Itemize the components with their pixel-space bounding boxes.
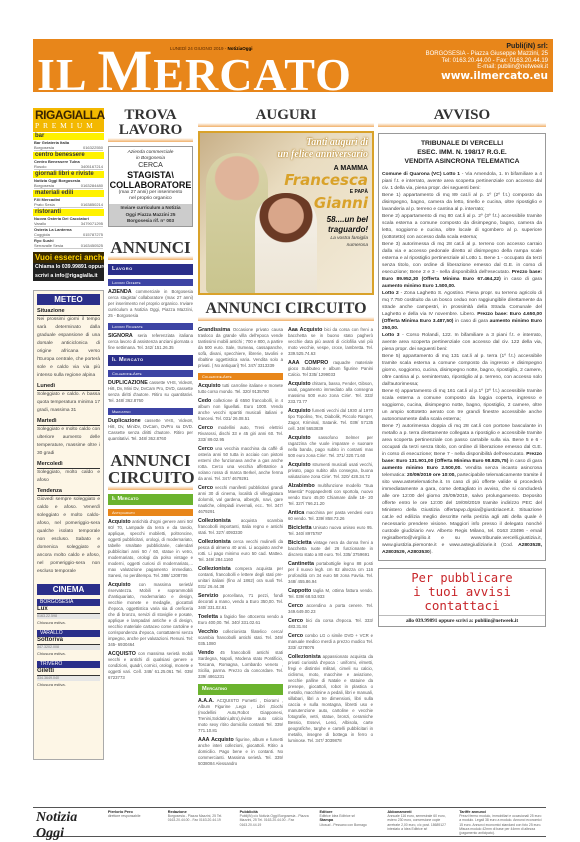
job-ad-box: Azienda commerciale in Borgosesia CERCA …: [108, 146, 193, 227]
section-mercato: Il Mercato: [108, 355, 193, 366]
classified-ad: Collezionista compera acquista per conta…: [198, 566, 283, 590]
divider: [108, 138, 193, 142]
meteo-text: Nei prossimi giorni il tempo sarà determ…: [37, 316, 100, 380]
business-town: Borgosesia: [34, 183, 54, 188]
classified-ad: Cerco una vecchia macchina da caffè di o…: [198, 446, 283, 482]
classified-ad: AAA Acquisto figurine, album e fumetti a…: [198, 737, 283, 767]
business-phone: 3405167214: [81, 164, 103, 169]
ad-text: con massima serietà/ riservatezza. Mobil…: [108, 582, 193, 647]
meteo-title: METEO: [37, 294, 100, 305]
left-column: RIGAGIALLA PREMIUM barBar Gelateria Ital…: [33, 108, 104, 760]
sub-mercatino: Mercatino: [108, 408, 193, 415]
business-row: Borgosesia0163284480: [34, 183, 103, 189]
cinema-name: Sottoriva: [37, 637, 100, 645]
directory-category: giornali libri e riviste: [33, 171, 104, 178]
classified-ad: Bicicletta Unisuto nuova unisex euro 95.…: [288, 525, 373, 537]
business-row: Rosolo3405167214: [34, 164, 103, 170]
publish-contact-box: Per pubblicare i tuoi avvisi contattaci …: [378, 568, 546, 627]
classified-ad: Cerco accendino a porta cenere. Tel. 349…: [288, 603, 373, 615]
classified-ad: Grandissima Occasione privato causa tras…: [198, 327, 283, 369]
section-subheader: Mercatino: [198, 684, 283, 695]
business-phone: 0163450525: [81, 243, 103, 248]
directory-entry[interactable]: Bar Gelateria ItaliaBorgosesia016322550: [33, 140, 104, 151]
circuito-title: ANNUNCICIRCUITO: [108, 452, 193, 486]
business-row: Borgosesia016322550: [34, 145, 103, 151]
directory-category: centro benessere: [33, 152, 104, 159]
ad-text: antichità d'ogni genere anni 50/ 60/ 70,…: [108, 519, 193, 578]
cinema-town: VARALLO: [37, 630, 100, 637]
classified-ad: Antica macchina per pasta vendesi euro 6…: [288, 510, 373, 522]
meteo-text: Soleggiato, molto caldo e afoso: [37, 469, 100, 485]
classified-ad: Cantinetta portabottiglie legno 88 posti…: [288, 561, 373, 585]
business-phone: 3479071295: [81, 221, 103, 226]
directory-entry[interactable]: Centro Benessere TulnaRosolo3405167214: [33, 159, 104, 170]
cta-heading: Vuoi esserci anche tu?: [33, 252, 104, 263]
meteo-text: Giovedì sempre soleggiato e caldo e afos…: [37, 496, 100, 576]
classified-ad: ACQUISTO con massima serietà mobili vecc…: [108, 651, 193, 681]
classified-ad: Acquisto fumetti vecchi dal 1930 al 1970…: [288, 408, 373, 432]
directory-entry[interactable]: Osteria La LanternaCoggiola015787275: [33, 227, 104, 238]
directory-entry[interactable]: Nuova Osteria Dei CacciatoriVarallo34790…: [33, 216, 104, 227]
cinema-town: TRIVERO: [37, 661, 100, 668]
rigagialla-logo: RIGAGIALLA PREMIUM: [33, 108, 104, 132]
contact-line[interactable]: allo 039.99891 oppure scrivi a: publiin@…: [379, 615, 545, 624]
footer: Notizia OggiNetweek-Media Locali Pierlor…: [33, 807, 546, 837]
directory-entry[interactable]: Ryo SushiSerravalle Sesia0163450525: [33, 238, 104, 249]
business-phone: 016322550: [83, 145, 103, 150]
classified-ad: Acquisto chitarra, basso, Fender, Gibson…: [288, 381, 373, 405]
classified-ad: Cerco modellini auto, Treni elettrici Ri…: [198, 425, 283, 443]
business-directory: barBar Gelateria ItaliaBorgosesia0163225…: [33, 133, 104, 249]
business-town: Varallo: [34, 221, 46, 226]
cinema-info: Chiusura estiva.: [37, 681, 100, 688]
meteo-text: Soleggiato e caldo. A bassa quota temper…: [37, 391, 100, 415]
business-town: Serravalle Sesia: [34, 243, 63, 248]
classified-ad: Duplicazione cassette VHS, Video8, Hi8, …: [108, 418, 193, 442]
meteo-heading: Mercoledì: [37, 461, 100, 469]
classified-ad: Alzabimbo multifunzione modello "Sua Mae…: [288, 483, 373, 507]
classified-ad: SIGNORA seria referenziata italiana cerc…: [108, 333, 193, 351]
classified-ad: DUPLICAZIONE cassette VHS, Video8, Hi8, …: [108, 380, 193, 404]
classified-ad: Cerco combo LG o simile DVD + VCR e manu…: [288, 633, 373, 651]
sub-richieste: Lavoro Richieste: [108, 323, 193, 330]
ad-text: una vecchia macchina da caffè di osteria…: [198, 446, 283, 481]
classified-ad: Cerco vecchi manifesti pubblicitari gran…: [198, 485, 283, 515]
cta-email[interactable]: scrivi a info@rigagialla.it: [33, 272, 104, 281]
auguri-column: AUGURI Tanti auguri di un felice anniver…: [198, 108, 374, 767]
cinema-name: Lux: [37, 606, 100, 614]
business-row: Prato Sesia0163850214: [34, 202, 103, 208]
cinema-info: Chiusura estiva.: [37, 650, 100, 657]
classified-ad: Cappotto taglia M, ottima fattura vendo.…: [288, 588, 373, 600]
section-lavoro: Lavoro: [108, 264, 193, 275]
cinema-name: Giletti: [37, 668, 100, 676]
avviso-title: AVVISO: [378, 108, 546, 123]
business-phone: 015787275: [83, 232, 103, 237]
classified-ad: AZIENDA commerciale in Borgosesia cerca …: [108, 289, 193, 319]
directory-category: ristoranti: [33, 209, 104, 216]
notizia-oggi-logo: Notizia OggiNetweek-Media Locali: [33, 808, 105, 836]
anniversary-photo: Tanti auguri di un felice anniversario A…: [198, 131, 374, 295]
sub-antiquariato: Antiquariato: [108, 509, 193, 516]
business-town: Prato Sesia: [34, 202, 55, 207]
meteo-heading: Lunedì: [37, 383, 100, 391]
meteo-heading: Situazione: [37, 308, 100, 316]
classified-ad: Servizio porcellana, 71 pezzi, fondi dec…: [198, 593, 283, 611]
auguri-title: AUGURI: [198, 108, 374, 123]
business-row: Serravalle Sesia0163450525: [34, 243, 103, 249]
classified-ad: Acquisto strumenti musicali usati vecchi…: [288, 462, 373, 480]
ad-text: ACQUISTO Fumetti , Diorami , Album Figur…: [198, 698, 283, 733]
classified-ad: Collezionista cerca vecchi mulinelli da …: [198, 539, 283, 563]
publisher-info: Publi(iN) srl: BORGOSESIA - Piazza Giuse…: [426, 44, 548, 80]
trova-lavoro-column: TROVALAVORO Azienda commerciale in Borgo…: [108, 108, 193, 681]
cinema-title: CINEMA: [37, 584, 100, 595]
directory-category: materiali edili: [33, 190, 104, 197]
classified-ad: Acquisto sassofono Selmer per ragazzina …: [288, 435, 373, 459]
classified-ad: Acquisto antichità d'ogni genere anni 50…: [108, 519, 193, 579]
ad-text: collezione di 6550 francobolli, in 4 alb…: [198, 398, 283, 421]
classified-ad: Bicicletta vintage nera da donna freni a…: [288, 540, 373, 558]
annunci-circuito-title: ANNUNCI CIRCUITO: [198, 301, 374, 317]
section-subheader: Collezione-Arte: [198, 373, 283, 380]
website-link[interactable]: www.ilmercato.eu: [426, 73, 548, 80]
issue-date: LUNEDÌ 24 GIUGNO 2019 - NotiziaOggi: [170, 46, 253, 51]
business-phone: 0163284480: [81, 183, 103, 188]
classified-ad: Collezionista acquista scambia francobol…: [198, 518, 283, 536]
masthead: IL MERCATO LUNEDÌ 24 GIUGNO 2019 - Notiz…: [33, 39, 553, 92]
business-town: Borgosesia: [34, 145, 54, 150]
classified-ad: AAA COMPRO raquadre materiale gioco Subb…: [288, 360, 373, 378]
business-phone: 0163850214: [81, 202, 103, 207]
section-mercato-green: Il Mercato: [108, 494, 193, 505]
annunci-title: ANNUNCI: [108, 239, 193, 256]
classified-ad: Acquisto tutti carroline italiane e mone…: [198, 383, 283, 395]
classified-ad: Cedo collezione di 6550 francobolli, in …: [198, 398, 283, 422]
directory-entry[interactable]: Notizia Oggi BorgosesiaBorgosesia0163284…: [33, 178, 104, 189]
meteo-text: Soleggiato e molto caldo con ulteriore a…: [37, 426, 100, 458]
classified-ad: Aaa Acquisto bici da corsa con freni a b…: [288, 327, 373, 357]
classified-ad: Vecchio collezionista filatelico cerca/ …: [198, 629, 283, 647]
meteo-heading: Tendenza: [37, 488, 100, 496]
classified-ad: Cerco bici da corsa d'epoca. Tel. 333/ 4…: [288, 618, 373, 630]
cta-phone: Chiama lo 039.99891 oppure: [33, 263, 104, 272]
meteo-box: METEO SituazioneNei prossimi giorni il t…: [33, 290, 104, 760]
business-town: Coggiola: [34, 232, 50, 237]
classified-ad: Toeletta a fagiolo fine ottocento vendo …: [198, 614, 283, 626]
directory-entry[interactable]: F.lli MercadiniPrato Sesia0163850214: [33, 197, 104, 208]
ad-text: Occasione privato causa trasloco da gran…: [198, 327, 283, 368]
sub-collezione: Collezione-Arte: [108, 370, 193, 377]
sub-offerte: Lavoro Offerte: [108, 279, 193, 286]
classified-ad: Vendo 45 francobolli antichi stati Sarde…: [198, 650, 283, 680]
avviso-column: AVVISO TRIBUNALE DI VERCELLIESEC. IMM. N…: [378, 108, 546, 627]
meteo-heading: Martedì: [37, 418, 100, 426]
classified-ad: Collezionista appassionato acquista da p…: [288, 654, 373, 744]
classified-ad: Acquisto con massima serietà/ riservatez…: [108, 582, 193, 648]
ad-text: appassionato acquista da privati curiosi…: [288, 654, 373, 743]
cinema-info: Chiusura estiva.: [37, 619, 100, 626]
trova-title: TROVALAVORO: [108, 108, 193, 138]
cinema-town: BORGOSESIA: [37, 599, 100, 606]
directory-category: bar: [33, 133, 104, 140]
classified-ad: A.A.A. ACQUISTO Fumetti , Diorami , Albu…: [198, 698, 283, 734]
court-notice: TRIBUNALE DI VERCELLIESEC. IMM. N. 198/1…: [378, 133, 546, 561]
business-town: Rosolo: [34, 164, 46, 169]
